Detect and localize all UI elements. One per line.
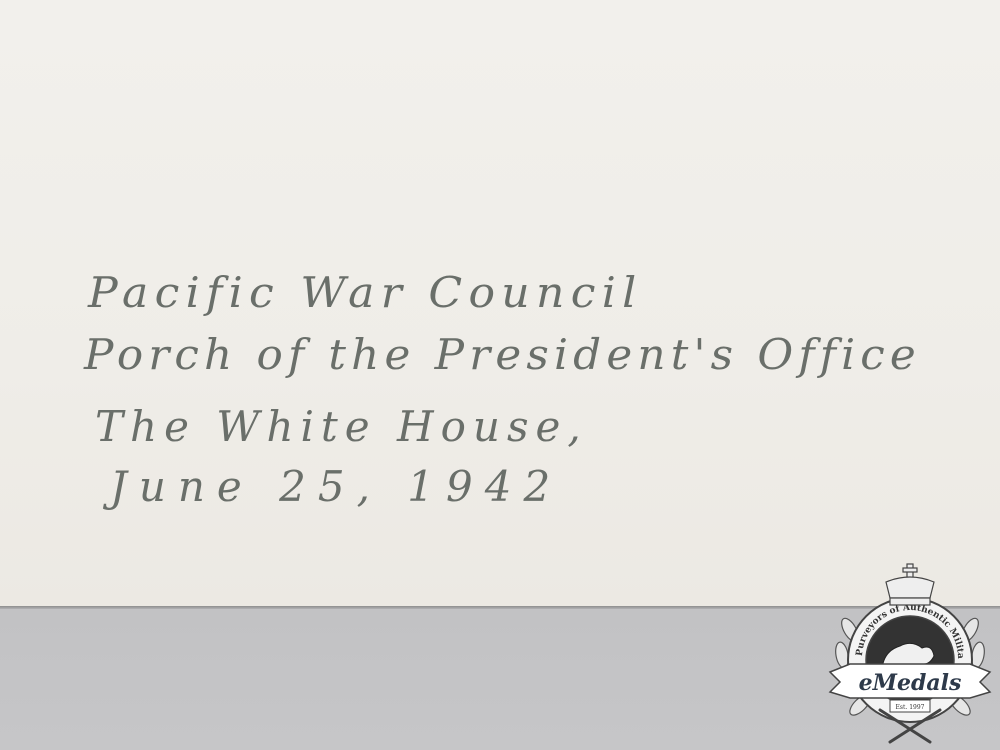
inscription-line-3: The White House,	[95, 402, 588, 451]
emedals-watermark-logo: Purveyors of Authentic Militaria eMedals…	[820, 560, 1000, 750]
inscription-line-4: June 25, 1942	[110, 462, 562, 511]
brand-name: eMedals	[859, 670, 962, 696]
photo-paper: Pacific War Council Porch of the Preside…	[0, 0, 1000, 606]
emedals-seal-icon: Purveyors of Authentic Militaria eMedals…	[820, 560, 1000, 750]
inscription-line-1: Pacific War Council	[88, 268, 643, 317]
inscription-line-2: Porch of the President's Office	[84, 330, 921, 379]
est-label: Est. 1997	[896, 704, 925, 711]
